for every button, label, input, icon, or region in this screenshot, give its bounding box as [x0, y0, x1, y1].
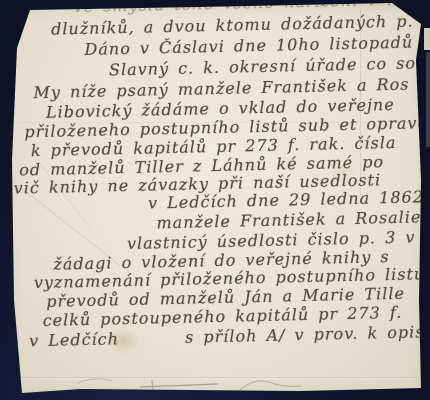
handwriting-layer: ve smyslu toho všeho nařízení v … dlužní… — [0, 0, 430, 400]
handwritten-line-17: v Ledčích — [29, 329, 119, 350]
letter-sheet: ve smyslu toho všeho nařízení v … dlužní… — [0, 0, 430, 400]
photo-edge-sliver-bright — [424, 28, 430, 50]
photo-edge-sliver-dim — [426, 52, 430, 147]
photo-of-letter: ve smyslu toho všeho nařízení v … dlužní… — [0, 0, 430, 400]
